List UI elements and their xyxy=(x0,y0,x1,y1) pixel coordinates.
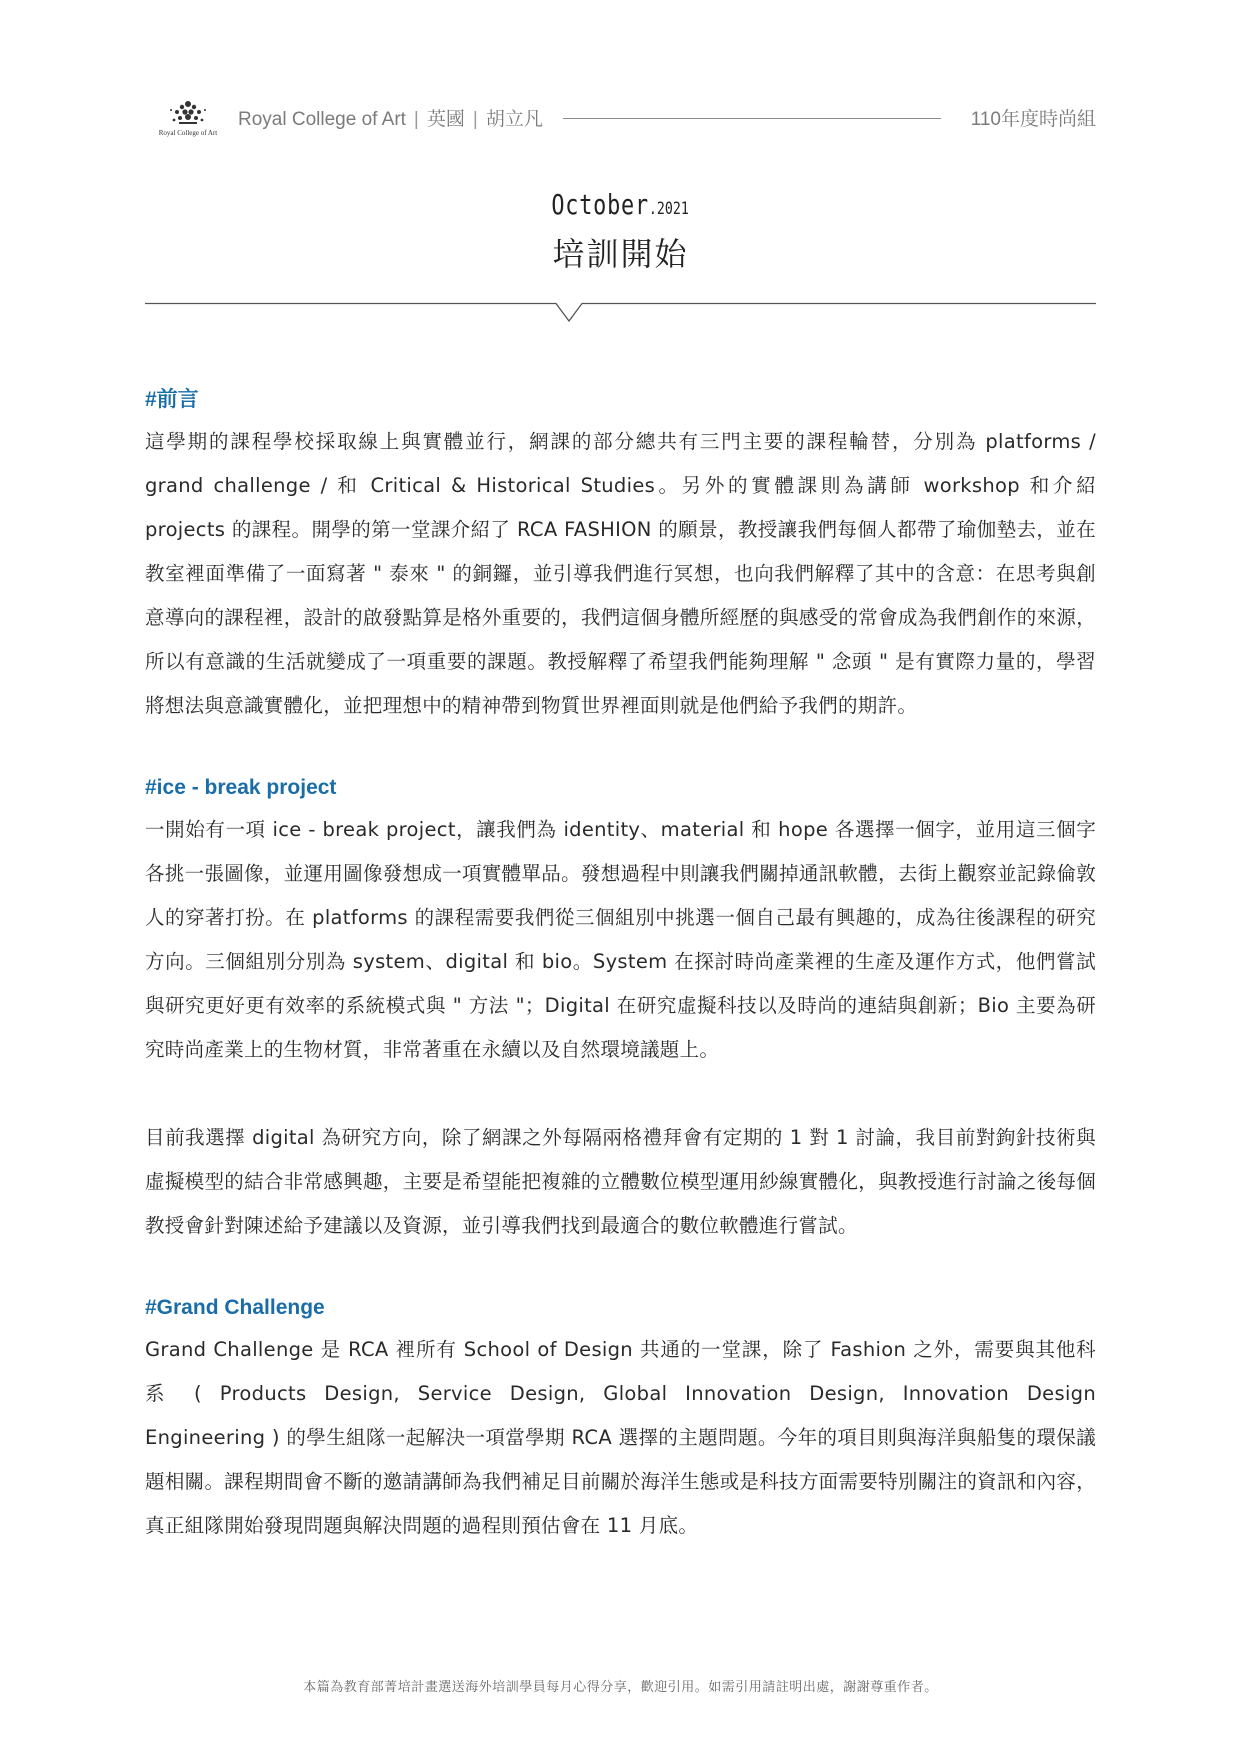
section-title: #前言 xyxy=(145,380,1096,420)
page-header: Royal College of Art Royal College of Ar… xyxy=(0,0,1241,140)
paragraph: Grand Challenge 是 RCA 裡所有 School of Desi… xyxy=(145,1328,1096,1548)
section-grand-challenge: #Grand Challenge Grand Challenge 是 RCA 裡… xyxy=(145,1288,1096,1548)
country: 英國 xyxy=(427,109,465,130)
author-name: 胡立凡 xyxy=(486,109,543,130)
month-label: October.2021 xyxy=(552,188,689,221)
article-body: #前言 這學期的課程學校採取線上與實體並行，網課的部分總共有三門主要的課程輪替，… xyxy=(145,380,1096,1548)
paragraph: 這學期的課程學校採取線上與實體並行，網課的部分總共有三門主要的課程輪替，分別為 … xyxy=(145,420,1096,728)
section-preface: #前言 這學期的課程學校採取線上與實體並行，網課的部分總共有三門主要的課程輪替，… xyxy=(145,380,1096,728)
header-rule xyxy=(563,118,941,119)
school-name: Royal College of Art xyxy=(238,109,406,130)
separator: | xyxy=(414,109,419,130)
header-info: Royal College of Art|英國|胡立凡 xyxy=(238,104,543,131)
footer-note: 本篇為教育部菁培計畫選送海外培訓學員每月心得分享，歡迎引用。如需引用請註明出處，… xyxy=(0,1676,1241,1695)
section-title: #ice - break project xyxy=(145,768,1096,808)
title-block: October.2021 培訓開始 xyxy=(0,188,1241,275)
crest-icon xyxy=(165,98,211,128)
paragraph: 一開始有一項 ice - break project，讓我們為 identity… xyxy=(145,808,1096,1072)
section-ice-break: #ice - break project 一開始有一項 ice - break … xyxy=(145,768,1096,1248)
page-title: 培訓開始 xyxy=(0,229,1241,275)
program-label: 110年度時尚組 xyxy=(971,104,1096,131)
logo-text: Royal College of Art xyxy=(159,129,218,137)
title-divider xyxy=(145,302,1096,326)
year: .2021 xyxy=(649,199,689,219)
month: October xyxy=(552,188,650,221)
paragraph: 目前我選擇 digital 為研究方向，除了網課之外每隔兩格禮拜會有定期的 1 … xyxy=(145,1116,1096,1248)
section-title: #Grand Challenge xyxy=(145,1288,1096,1328)
separator: | xyxy=(473,109,478,130)
rca-logo: Royal College of Art xyxy=(152,98,224,142)
